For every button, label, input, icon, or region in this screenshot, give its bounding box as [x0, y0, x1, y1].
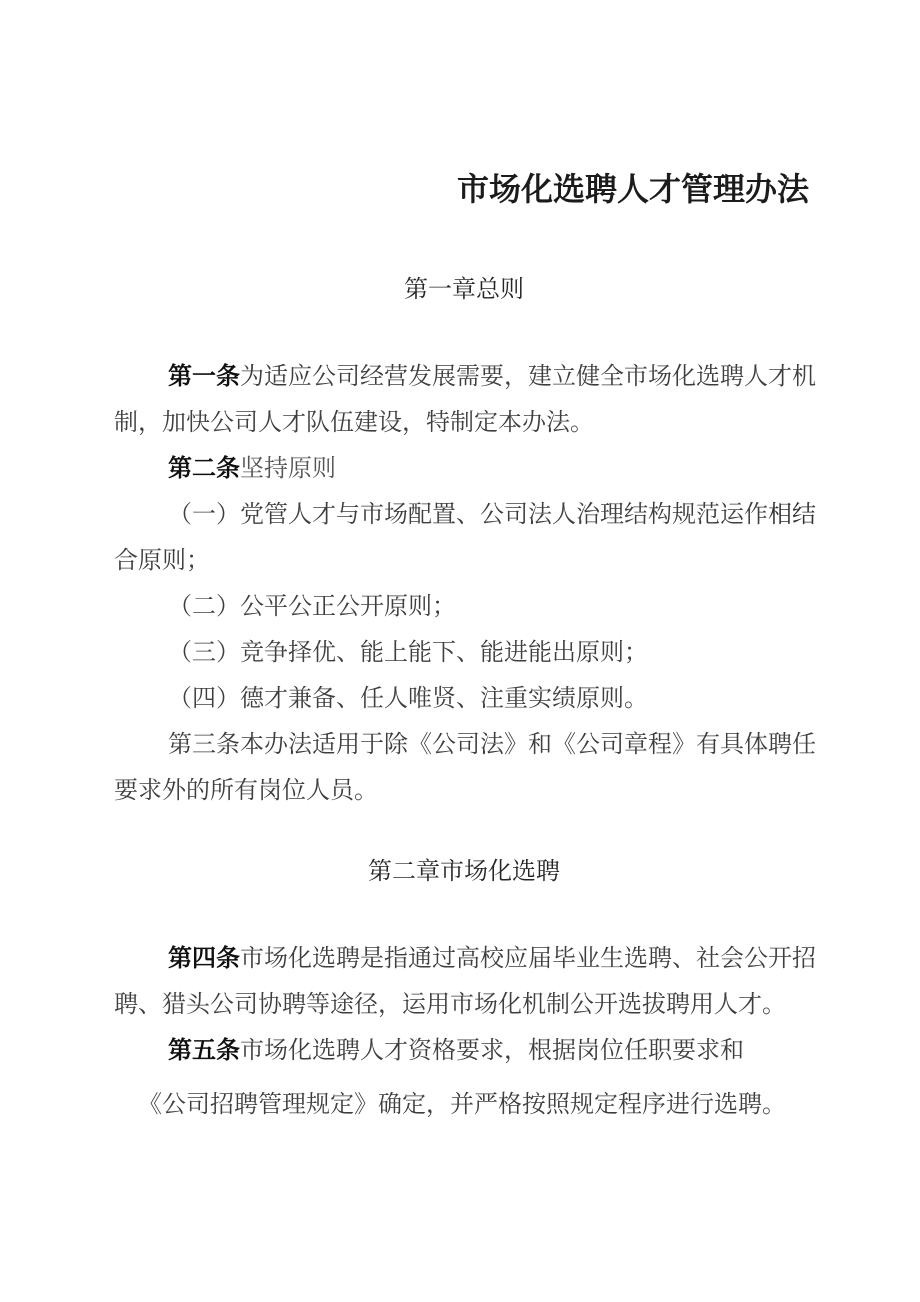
article-3-paragraph: 第三条本办法适用于除《公司法》和《公司章程》有具体聘任 要求外的所有岗位人员。	[114, 722, 814, 814]
document-content: 市场化选聘人才管理办法 第一章总则 第一条为适应公司经营发展需要，建立健全市场化…	[114, 0, 814, 1128]
article-1-number: 第一条	[168, 363, 240, 390]
principle-4-paragraph: （四）德才兼备、任人唯贤、注重实绩原则。	[114, 676, 814, 722]
chapter-1-heading: 第一章总则	[114, 275, 814, 305]
text-segment: （一）党管人才与市场配置、公司法人治理结构规范运作	[168, 502, 768, 528]
article-4-number: 第四条	[168, 945, 240, 972]
principle-2-paragraph: （二）公平公正公开原则；	[114, 584, 814, 630]
text-segment: 市场化选聘是指通过高校应届毕业生选聘、社会公开招	[240, 946, 816, 972]
chapter-2-heading: 第二章市场化选聘	[114, 857, 814, 887]
text-line: 第四条市场化选聘是指通过高校应届毕业生选聘、社会公开招	[114, 936, 814, 982]
text-segment: （三）竞争择优、能上能下、能进能出原则；	[168, 640, 648, 666]
article-1-paragraph: 第一条为适应公司经营发展需要，建立健全市场化选聘人才机 制，加快公司人才队伍建设…	[114, 354, 814, 446]
text-segment: 合原则；	[114, 548, 210, 574]
article-5-number: 第五条	[168, 1037, 240, 1064]
text-segment: （二）公平公正公开原则；	[168, 594, 456, 620]
article-2-number: 第二条	[168, 455, 240, 482]
text-line: 第三条本办法适用于除《公司法》和《公司章程》有具体聘任	[114, 722, 814, 768]
text-segment: 聘、猎头公司协聘等途径，运用市场化机制公开选拔聘用人才。	[114, 992, 786, 1018]
text-segment: 坚持原则	[240, 455, 336, 482]
text-line: 第一条为适应公司经营发展需要，建立健全市场化选聘人才机	[114, 354, 814, 400]
text-line: （一）党管人才与市场配置、公司法人治理结构规范运作相结	[114, 492, 814, 538]
text-segment: 要求外的所有岗位人员。	[114, 778, 378, 804]
text-line: 第五条市场化选聘人才资格要求，根据岗位任职要求和	[114, 1028, 814, 1074]
text-line: 《公司招聘管理规定》确定，并严格按照规定程序进行选聘。	[114, 1082, 814, 1128]
article-4-paragraph: 第四条市场化选聘是指通过高校应届毕业生选聘、社会公开招 聘、猎头公司协聘等途径，…	[114, 936, 814, 1028]
document-page: 市场化选聘人才管理办法 第一章总则 第一条为适应公司经营发展需要，建立健全市场化…	[0, 0, 920, 1302]
text-segment: 为适应公司经营发展需要，建立健全市场化选聘人才机	[240, 364, 816, 390]
text-line: （三）竞争择优、能上能下、能进能出原则；	[114, 630, 814, 676]
text-line: （二）公平公正公开原则；	[114, 584, 814, 630]
text-segment: 《公司招聘管理规定》确定，并严格按照规定程序进行选聘。	[138, 1092, 786, 1118]
text-segment: 市场化选聘人才资格要求，根据岗位任职要求和	[240, 1038, 744, 1064]
text-line: 聘、猎头公司协聘等途径，运用市场化机制公开选拔聘用人才。	[114, 982, 814, 1028]
text-segment: 相结	[768, 501, 816, 528]
text-line: （四）德才兼备、任人唯贤、注重实绩原则。	[114, 676, 814, 722]
text-segment: 第三条本办法适用于除《公司法》和《公司章程》有具体聘任	[168, 732, 816, 758]
article-5-paragraph: 第五条市场化选聘人才资格要求，根据岗位任职要求和 《公司招聘管理规定》确定，并严…	[114, 1028, 814, 1128]
text-line: 制，加快公司人才队伍建设，特制定本办法。	[114, 400, 814, 446]
text-line: 要求外的所有岗位人员。	[114, 768, 814, 814]
principle-3-paragraph: （三）竞争择优、能上能下、能进能出原则；	[114, 630, 814, 676]
article-2-paragraph: 第二条坚持原则	[114, 446, 814, 492]
text-line: 第二条坚持原则	[114, 446, 814, 492]
text-segment: 制，加快公司人才队伍建设，特制定本办法。	[114, 410, 594, 436]
text-line: 合原则；	[114, 538, 814, 584]
document-title: 市场化选聘人才管理办法	[457, 171, 814, 207]
principle-1-paragraph: （一）党管人才与市场配置、公司法人治理结构规范运作相结 合原则；	[114, 492, 814, 584]
text-segment: （四）德才兼备、任人唯贤、注重实绩原则。	[168, 686, 648, 712]
